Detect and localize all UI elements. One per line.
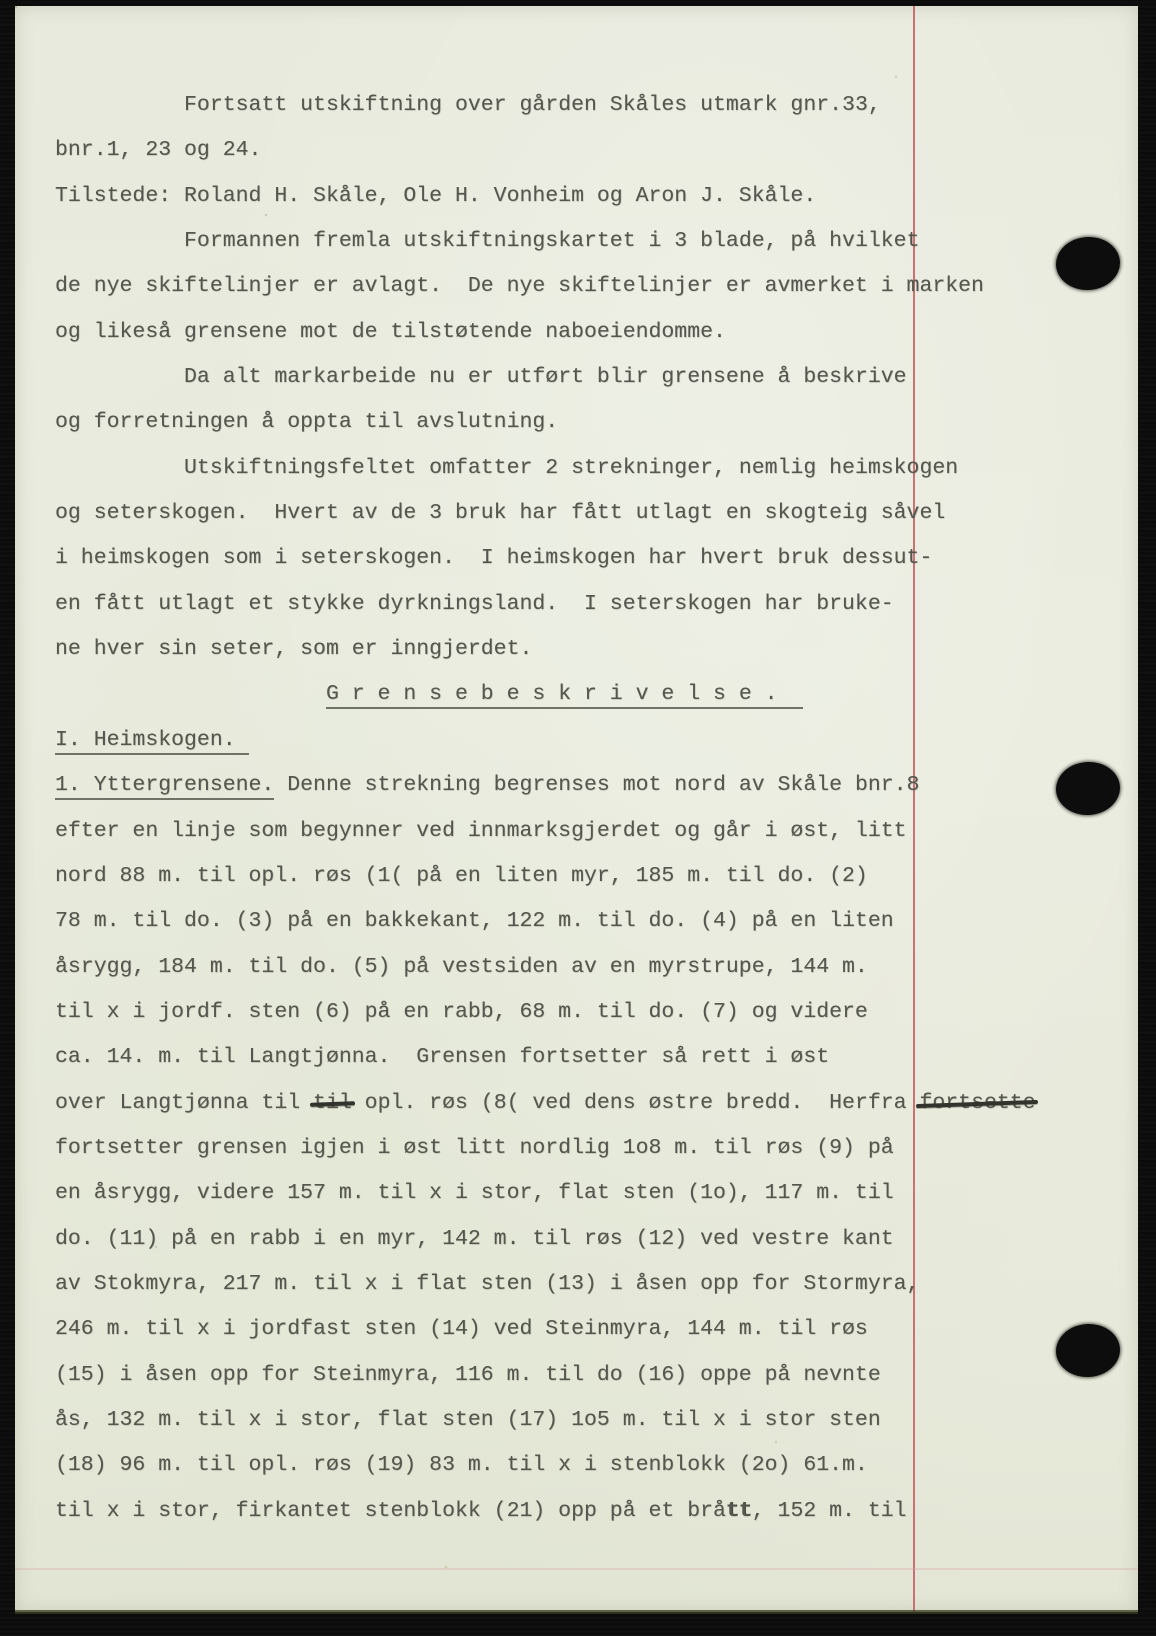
text-segment: bnr.1, 23 og 24. [55,138,261,162]
typed-line: til x i stor, firkantet stenblokk (21) o… [55,1489,1138,1534]
text-segment: over Langtjønna til [55,1091,313,1115]
typed-line: ås, 132 m. til x i stor, flat sten (17) … [55,1398,1138,1443]
text-segment: 246 m. til x i jordfast sten (14) ved St… [55,1317,868,1341]
typed-line: og likeså grensene mot de tilstøtende na… [55,310,1138,355]
text-segment: Denne strekning begrenses mot nord av Sk… [274,773,919,797]
text-segment: ne hver sin seter, som er inngjerdet. [55,637,532,661]
underlined-text: 1. Yttergrensene. [55,773,274,800]
typed-line: og forretningen å oppta til avslutning. [55,400,1138,445]
text-segment: ca. 14. m. til Langtjønna. Grensen forts… [55,1045,829,1069]
typed-line: Tilstede: Roland H. Skåle, Ole H. Vonhei… [55,174,1138,219]
typed-line: Fortsatt utskiftning over gården Skåles … [55,83,1138,128]
typed-line: do. (11) på en rabb i en myr, 142 m. til… [55,1217,1138,1262]
text-segment: , 152 m. til [752,1499,907,1523]
text-segment: Utskiftningsfeltet omfatter 2 strekninge… [184,456,958,480]
underlined-text: G r e n s e b e s k r i v e l s e . [326,682,803,709]
typed-line: over Langtjønna til til opl. røs (8( ved… [55,1081,1138,1126]
typed-line: efter en linje som begynner ved innmarks… [55,809,1138,854]
strikethrough-text: fortsette [919,1091,1035,1115]
typed-line: og seterskogen. Hvert av de 3 bruk har f… [55,491,1138,536]
text-segment: de nye skiftelinjer er avlagt. De nye sk… [55,274,984,298]
typed-line: ca. 14. m. til Langtjønna. Grensen forts… [55,1035,1138,1080]
text-segment: opl. røs (8( ved dens østre bredd. Herfr… [352,1091,920,1115]
text-segment: i heimskogen som i seterskogen. I heimsk… [55,546,932,570]
faint-horizontal-rule [15,1568,1138,1570]
text-segment: av Stokmyra, 217 m. til x i flat sten (1… [55,1272,919,1296]
typed-line: Formannen fremla utskiftningskartet i 3 … [55,219,1138,264]
text-segment: til x i stor, firkantet stenblokk (21) o… [55,1499,726,1523]
typed-line: (15) i åsen opp for Steinmyra, 116 m. ti… [55,1353,1138,1398]
text-segment: fortsetter grensen igjen i øst litt nord… [55,1136,894,1160]
text-segment: en fått utlagt et stykke dyrkningsland. … [55,592,894,616]
text-segment: en åsrygg, videre 157 m. til x i stor, f… [55,1181,894,1205]
text-segment: Formannen fremla utskiftningskartet i 3 … [184,229,919,253]
text-segment: ås, 132 m. til x i stor, flat sten (17) … [55,1408,881,1432]
text-segment: og seterskogen. Hvert av de 3 bruk har f… [55,501,945,525]
underlined-text: I. Heimskogen. [55,728,249,755]
typed-line: I. Heimskogen. [55,718,1138,763]
text-segment: til x i jordf. sten (6) på en rabb, 68 m… [55,1000,868,1024]
typed-line: nord 88 m. til opl. røs (1( på en liten … [55,854,1138,899]
text-segment: Da alt markarbeide nu er utført blir gre… [184,365,907,389]
typed-line: i heimskogen som i seterskogen. I heimsk… [55,536,1138,581]
text-segment: Tilstede: Roland H. Skåle, Ole H. Vonhei… [55,184,816,208]
strikethrough-text: til [313,1091,352,1115]
typed-line: til x i jordf. sten (6) på en rabb, 68 m… [55,990,1138,1035]
text-segment: tt [726,1499,752,1523]
typed-line: bnr.1, 23 og 24. [55,128,1138,173]
paper-speckles [15,6,17,8]
typed-line: G r e n s e b e s k r i v e l s e . [55,672,1138,717]
scanned-page: Fortsatt utskiftning over gården Skåles … [15,6,1138,1612]
typed-line: en fått utlagt et stykke dyrkningsland. … [55,582,1138,627]
text-segment: Fortsatt utskiftning over gården Skåles … [184,93,881,117]
typed-line: en åsrygg, videre 157 m. til x i stor, f… [55,1171,1138,1216]
typed-line: (18) 96 m. til opl. røs (19) 83 m. til x… [55,1443,1138,1488]
text-segment: (15) i åsen opp for Steinmyra, 116 m. ti… [55,1363,881,1387]
typed-line: de nye skiftelinjer er avlagt. De nye sk… [55,264,1138,309]
typed-text: Fortsatt utskiftning over gården Skåles … [15,6,1138,1534]
typed-line: Da alt markarbeide nu er utført blir gre… [55,355,1138,400]
text-segment: og forretningen å oppta til avslutning. [55,410,558,434]
text-segment: (18) 96 m. til opl. røs (19) 83 m. til x… [55,1453,868,1477]
typed-line: av Stokmyra, 217 m. til x i flat sten (1… [55,1262,1138,1307]
text-segment: åsrygg, 184 m. til do. (5) på vestsiden … [55,955,868,979]
typed-line: ne hver sin seter, som er inngjerdet. [55,627,1138,672]
typed-line: åsrygg, 184 m. til do. (5) på vestsiden … [55,945,1138,990]
typed-line: 78 m. til do. (3) på en bakkekant, 122 m… [55,899,1138,944]
text-segment: nord 88 m. til opl. røs (1( på en liten … [55,864,868,888]
text-segment: 78 m. til do. (3) på en bakkekant, 122 m… [55,909,894,933]
text-segment: do. (11) på en rabb i en myr, 142 m. til… [55,1227,894,1251]
typed-line: Utskiftningsfeltet omfatter 2 strekninge… [55,446,1138,491]
text-segment: efter en linje som begynner ved innmarks… [55,819,907,843]
typed-line: fortsetter grensen igjen i øst litt nord… [55,1126,1138,1171]
text-segment: og likeså grensene mot de tilstøtende na… [55,320,726,344]
typed-line: 246 m. til x i jordfast sten (14) ved St… [55,1307,1138,1352]
typed-line: 1. Yttergrensene. Denne strekning begren… [55,763,1138,808]
